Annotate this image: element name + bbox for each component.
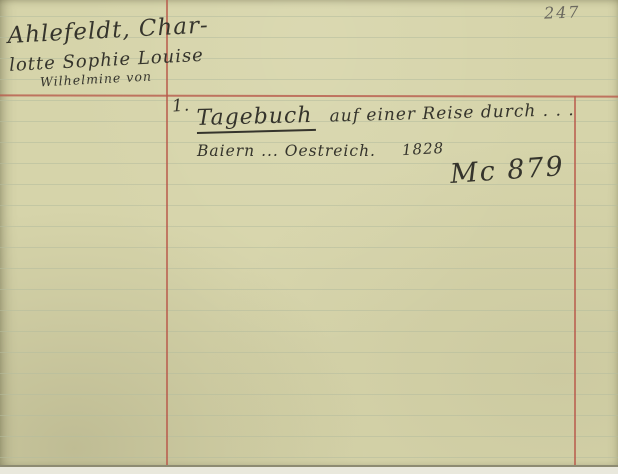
catalog-card: 247 Ahlefeldt, Char- lotte Sophie Louise… <box>0 0 618 467</box>
entry-number: 1. <box>171 96 190 116</box>
author-heading: Ahlefeldt, Char- lotte Sophie Louise Wil… <box>7 13 212 90</box>
entry-subtitle: Baiern ... Oestreich. <box>197 143 376 160</box>
right-margin-red-line <box>574 96 576 467</box>
entry-year: 1828 <box>402 140 445 159</box>
page-number: 247 <box>544 2 581 22</box>
entry-title-continuation: auf einer Reise durch . . . <box>329 101 575 126</box>
scanner-background-strip <box>0 465 618 474</box>
entry-title-underlined: Tagebuch <box>196 104 316 134</box>
catalog-card-scan: 247 Ahlefeldt, Char- lotte Sophie Louise… <box>0 0 618 474</box>
